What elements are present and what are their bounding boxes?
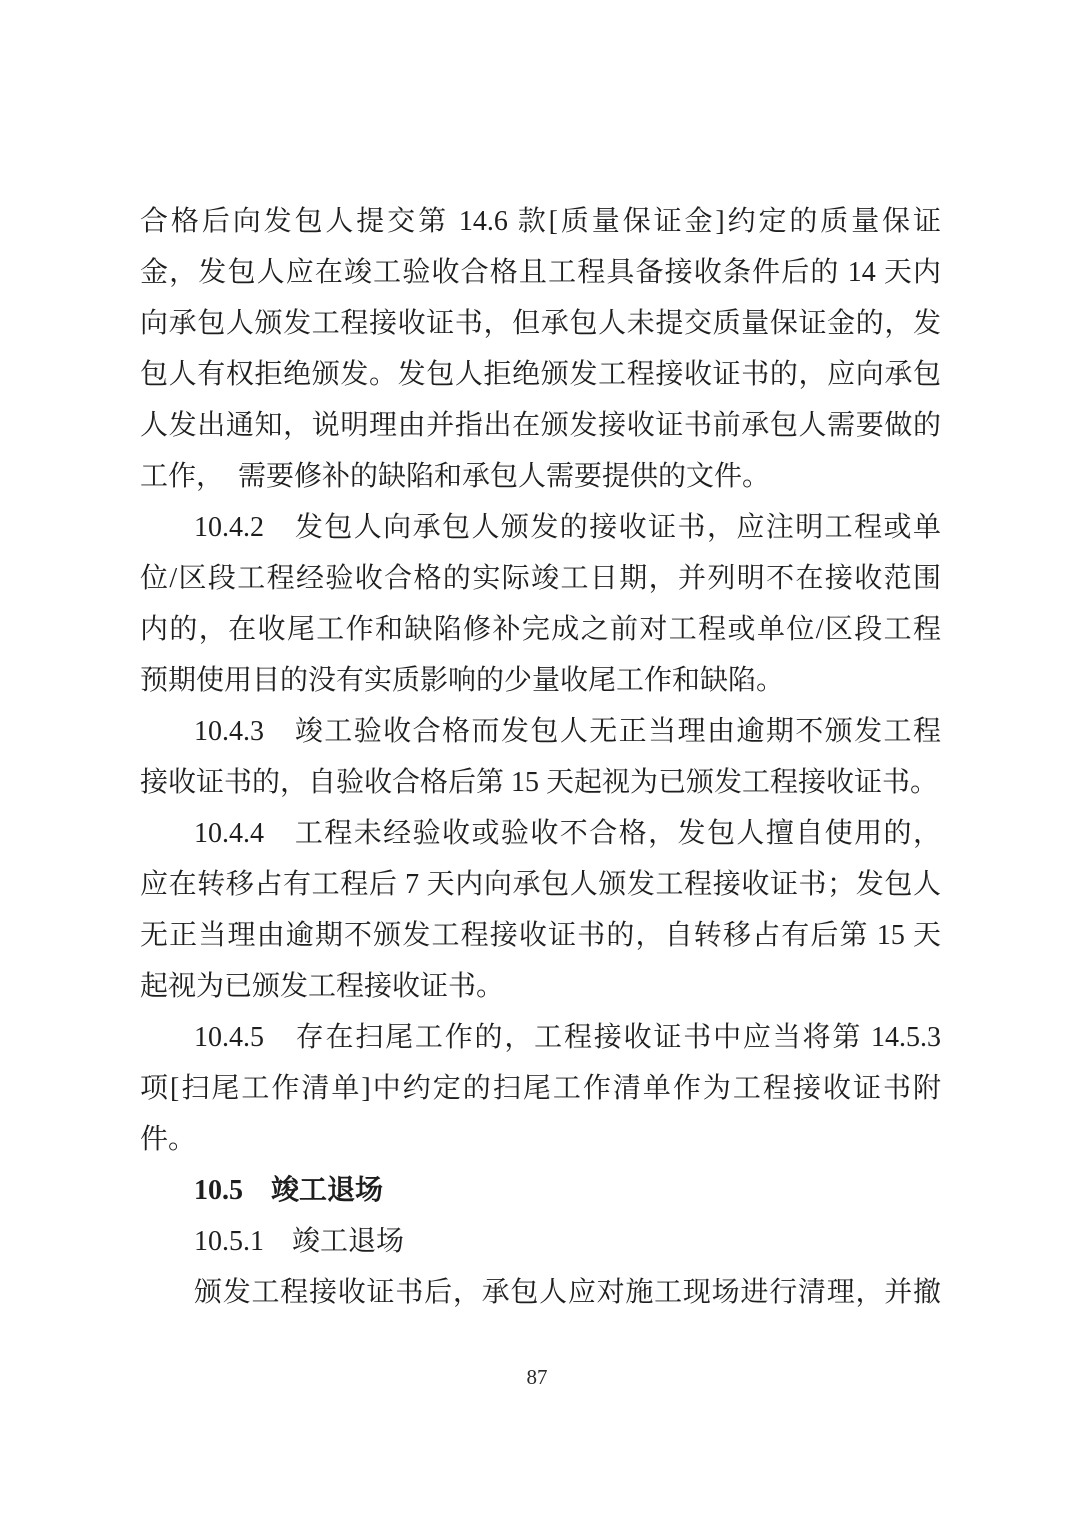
text-line: 10.4.4 工程未经验收或验收不合格，发包人擅自使用的， xyxy=(140,808,941,859)
text-line: 无正当理由逾期不颁发工程接收证书的，自转移占有后第 15 天 xyxy=(140,910,941,961)
text-line: 工作， 需要修补的缺陷和承包人需要提供的文件。 xyxy=(140,451,941,502)
para-10-4-3: 10.4.3 竣工验收合格而发包人无正当理由逾期不颁发工程接收证书的，自验收合格… xyxy=(140,706,941,808)
text-line: 应在转移占有工程后 7 天内向承包人颁发工程接收证书；发包人 xyxy=(140,859,941,910)
text-line: 10.4.3 竣工验收合格而发包人无正当理由逾期不颁发工程 xyxy=(140,706,941,757)
para-10-4-4: 10.4.4 工程未经验收或验收不合格，发包人擅自使用的，应在转移占有工程后 7… xyxy=(140,808,941,1012)
text-line: 金，发包人应在竣工验收合格且工程具备接收条件后的 14 天内 xyxy=(140,247,941,298)
text-line: 10.4.2 发包人向承包人颁发的接收证书，应注明工程或单 xyxy=(140,502,941,553)
text-line: 位/区段工程经验收合格的实际竣工日期，并列明不在接收范围 xyxy=(140,553,941,604)
text-line: 项[扫尾工作清单]中约定的扫尾工作清单作为工程接收证书附 xyxy=(140,1063,941,1114)
para-10-5-1-title: 10.5.1 竣工退场 xyxy=(140,1216,941,1267)
text-line: 10.5 竣工退场 xyxy=(140,1165,941,1216)
text-line: 10.4.5 存在扫尾工作的，工程接收证书中应当将第 14.5.3 xyxy=(140,1012,941,1063)
text-line: 10.5.1 竣工退场 xyxy=(140,1216,941,1267)
text-line: 人发出通知，说明理由并指出在颁发接收证书前承包人需要做的 xyxy=(140,400,941,451)
text-line: 颁发工程接收证书后，承包人应对施工现场进行清理，并撤 xyxy=(140,1267,941,1318)
contract-text-block: 合格后向发包人提交第 14.6 款[质量保证金]约定的质量保证金，发包人应在竣工… xyxy=(140,196,941,1318)
text-line: 预期使用目的没有实质影响的少量收尾工作和缺陷。 xyxy=(140,655,941,706)
heading-10-5: 10.5 竣工退场 xyxy=(140,1165,941,1216)
para-10-4-1-continuation: 合格后向发包人提交第 14.6 款[质量保证金]约定的质量保证金，发包人应在竣工… xyxy=(140,196,941,502)
document-page: 合格后向发包人提交第 14.6 款[质量保证金]约定的质量保证金，发包人应在竣工… xyxy=(0,0,1074,1520)
text-line: 包人有权拒绝颁发。发包人拒绝颁发工程接收证书的，应向承包 xyxy=(140,349,941,400)
text-line: 件。 xyxy=(140,1114,941,1165)
text-line: 合格后向发包人提交第 14.6 款[质量保证金]约定的质量保证 xyxy=(140,196,941,247)
text-line: 向承包人颁发工程接收证书，但承包人未提交质量保证金的，发 xyxy=(140,298,941,349)
text-line: 接收证书的，自验收合格后第 15 天起视为已颁发工程接收证书。 xyxy=(140,757,941,808)
para-10-4-2: 10.4.2 发包人向承包人颁发的接收证书，应注明工程或单位/区段工程经验收合格… xyxy=(140,502,941,706)
text-line: 内的，在收尾工作和缺陷修补完成之前对工程或单位/区段工程 xyxy=(140,604,941,655)
page-number: 87 xyxy=(0,1365,1074,1389)
para-10-4-5: 10.4.5 存在扫尾工作的，工程接收证书中应当将第 14.5.3项[扫尾工作清… xyxy=(140,1012,941,1165)
para-10-5-1-body: 颁发工程接收证书后，承包人应对施工现场进行清理，并撤 xyxy=(140,1267,941,1318)
text-line: 起视为已颁发工程接收证书。 xyxy=(140,961,941,1012)
